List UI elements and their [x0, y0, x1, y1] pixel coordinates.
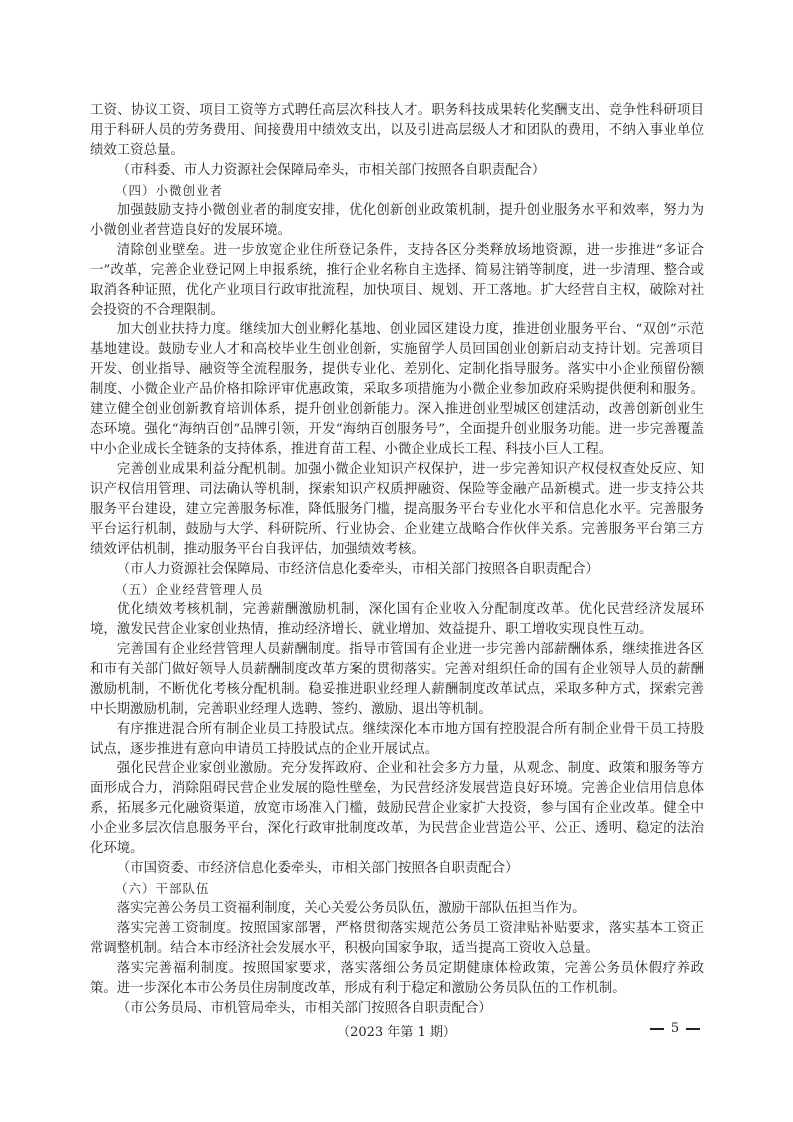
paragraph: 清除创业壁垒。进一步放宽企业住所登记条件，支持各区分类释放场地资源，进一步推进“… [90, 241, 704, 321]
paragraph: 加强鼓励支持小微创业者的制度安排，优化创新创业政策机制，提升创业服务水平和效率，… [90, 201, 704, 241]
responsibility-note: （市科委、市人力资源社会保障局牵头，市相关部门按照各自职责配合） [90, 161, 704, 181]
responsibility-note: （市公务员局、市机管局牵头，市相关部门按照各自职责配合） [90, 999, 704, 1019]
responsibility-note: （市人力资源社会保障局、市经济信息化委牵头，市相关部门按照各自职责配合） [90, 560, 704, 580]
section-heading: （六）干部队伍 [90, 879, 704, 899]
paragraph: 落实完善公务员工资福利制度，关心关爱公务员队伍，激励干部队伍担当作为。 [90, 899, 704, 919]
page-number-value: 5 [671, 1021, 679, 1036]
responsibility-note: （市国资委、市经济信息化委牵头，市相关部门按照各自职责配合） [90, 859, 704, 879]
dash-decoration-left [650, 1028, 664, 1030]
paragraph: 工资、协议工资、项目工资等方式聘任高层次科技人才。职务科技成果转化奖酬支出、竞争… [90, 101, 704, 161]
paragraph: 落实完善工资制度。按照国家部署，严格贯彻落实规范公务员工资津贴补贴要求，落实基本… [90, 919, 704, 959]
paragraph: 有序推进混合所有制企业员工持股试点。继续深化本市地方国有控股混合所有制企业骨干员… [90, 720, 704, 760]
section-heading: （五）企业经营管理人员 [90, 580, 704, 600]
section-heading: （四）小微创业者 [90, 181, 704, 201]
dash-decoration-right [686, 1028, 700, 1030]
document-body: 工资、协议工资、项目工资等方式聘任高层次科技人才。职务科技成果转化奖酬支出、竞争… [90, 101, 704, 1019]
paragraph: 强化民营企业家创业激励。充分发挥政府、企业和社会多方力量，从观念、制度、政策和服… [90, 759, 704, 859]
paragraph: 优化绩效考核机制，完善薪酬激励机制，深化国有企业收入分配制度改革。优化民营经济发… [90, 600, 704, 640]
paragraph: 完善国有企业经营管理人员薪酬制度。指导市管国有企业进一步完善内部薪酬体系，继续推… [90, 640, 704, 720]
paragraph: 完善创业成果利益分配机制。加强小微企业知识产权保护，进一步完善知识产权侵权查处反… [90, 460, 704, 560]
paragraph: 加大创业扶持力度。继续加大创业孵化基地、创业园区建设力度，推进创业服务平台、“双… [90, 320, 704, 460]
page-number: 5 [640, 1021, 710, 1036]
paragraph: 落实完善福利制度。按照国家要求，落实落细公务员定期健康体检政策，完善公务员休假疗… [90, 959, 704, 999]
